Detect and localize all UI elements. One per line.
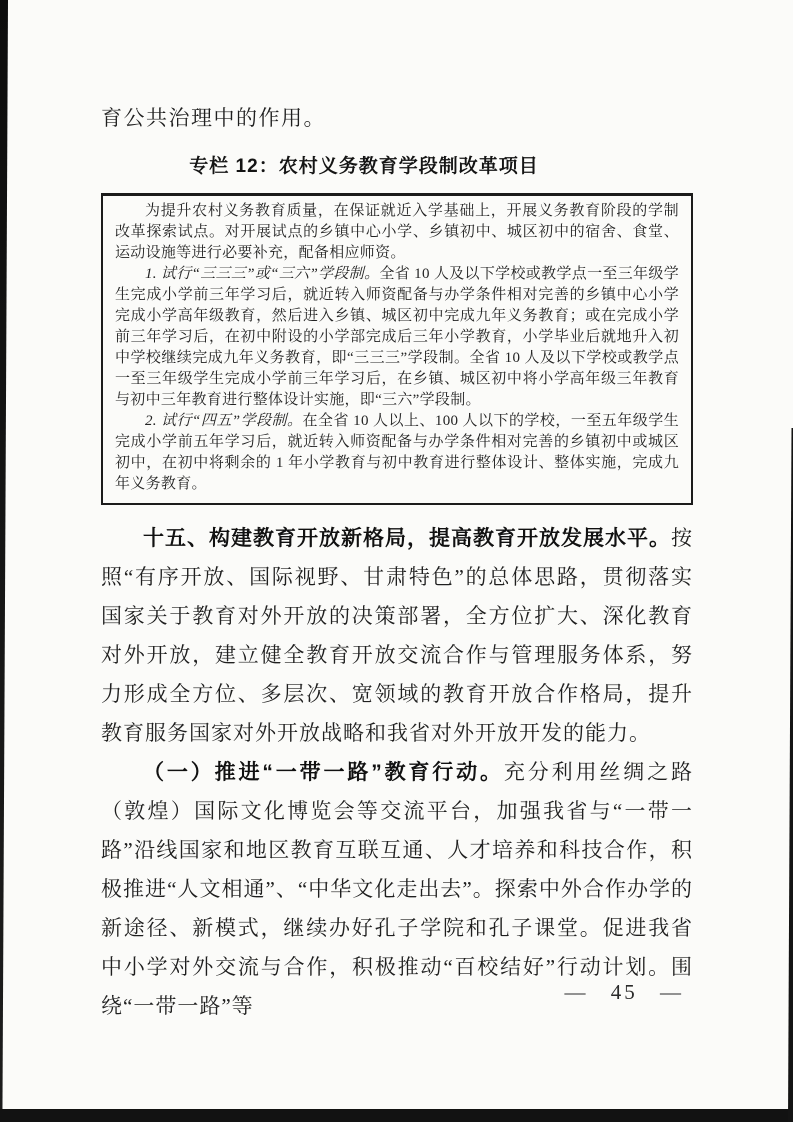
scan-artifact-right-edge [788, 428, 793, 1122]
paragraph-continuation: 育公共治理中的作用。 [101, 103, 693, 133]
box-paragraph-item-1: 1. 试行“三三三”或“三六”学段制。全省 10 人及以下学校或教学点一至三年级… [115, 264, 679, 411]
box-paragraph-intro: 为提升农村义务教育质量，在保证就近入学基础上，开展义务教育阶段的学制改革探索试点… [115, 201, 679, 264]
box-paragraph-item-1-text: 全省 10 人及以下学校或教学点一至三年级学生完成小学前三年学习后，就近转入师资… [115, 266, 679, 408]
section-15-paragraph: 十五、构建教育开放新格局，提高教育开放发展水平。按照“有序开放、国际视野、甘肃特… [101, 519, 693, 753]
box-paragraph-item-2: 2. 试行“四五”学段制。在全省 10 人以上、100 人以下的学校，一至五年级… [115, 411, 679, 495]
page-number: — 45 — [565, 980, 685, 1005]
box-paragraph-intro-text: 为提升农村义务教育质量，在保证就近入学基础上，开展义务教育阶段的学制改革探索试点… [115, 203, 679, 261]
reform-project-box: 为提升农村义务教育质量，在保证就近入学基础上，开展义务教育阶段的学制改革探索试点… [101, 193, 693, 505]
box-paragraph-item-1-lead: 1. 试行“三三三”或“三六”学段制。 [145, 266, 379, 282]
scan-artifact-left-edge [0, 0, 8, 1122]
section-15-body: 按照“有序开放、国际视野、甘肃特色”的总体思路，贯彻落实国家关于教育对外开放的决… [101, 526, 693, 745]
text-column: 育公共治理中的作用。 专栏 12：农村义务教育学段制改革项目 为提升农村义务教育… [101, 0, 693, 1122]
subsection-1-heading: （一）推进“一带一路”教育行动。 [143, 761, 504, 784]
scanned-document-page: 育公共治理中的作用。 专栏 12：农村义务教育学段制改革项目 为提升农村义务教育… [0, 0, 793, 1122]
box-paragraph-item-2-lead: 2. 试行“四五”学段制。 [145, 413, 303, 429]
column-box-title: 专栏 12：农村义务教育学段制改革项目 [101, 154, 693, 179]
section-15-heading: 十五、构建教育开放新格局，提高教育开放发展水平。 [143, 527, 671, 550]
